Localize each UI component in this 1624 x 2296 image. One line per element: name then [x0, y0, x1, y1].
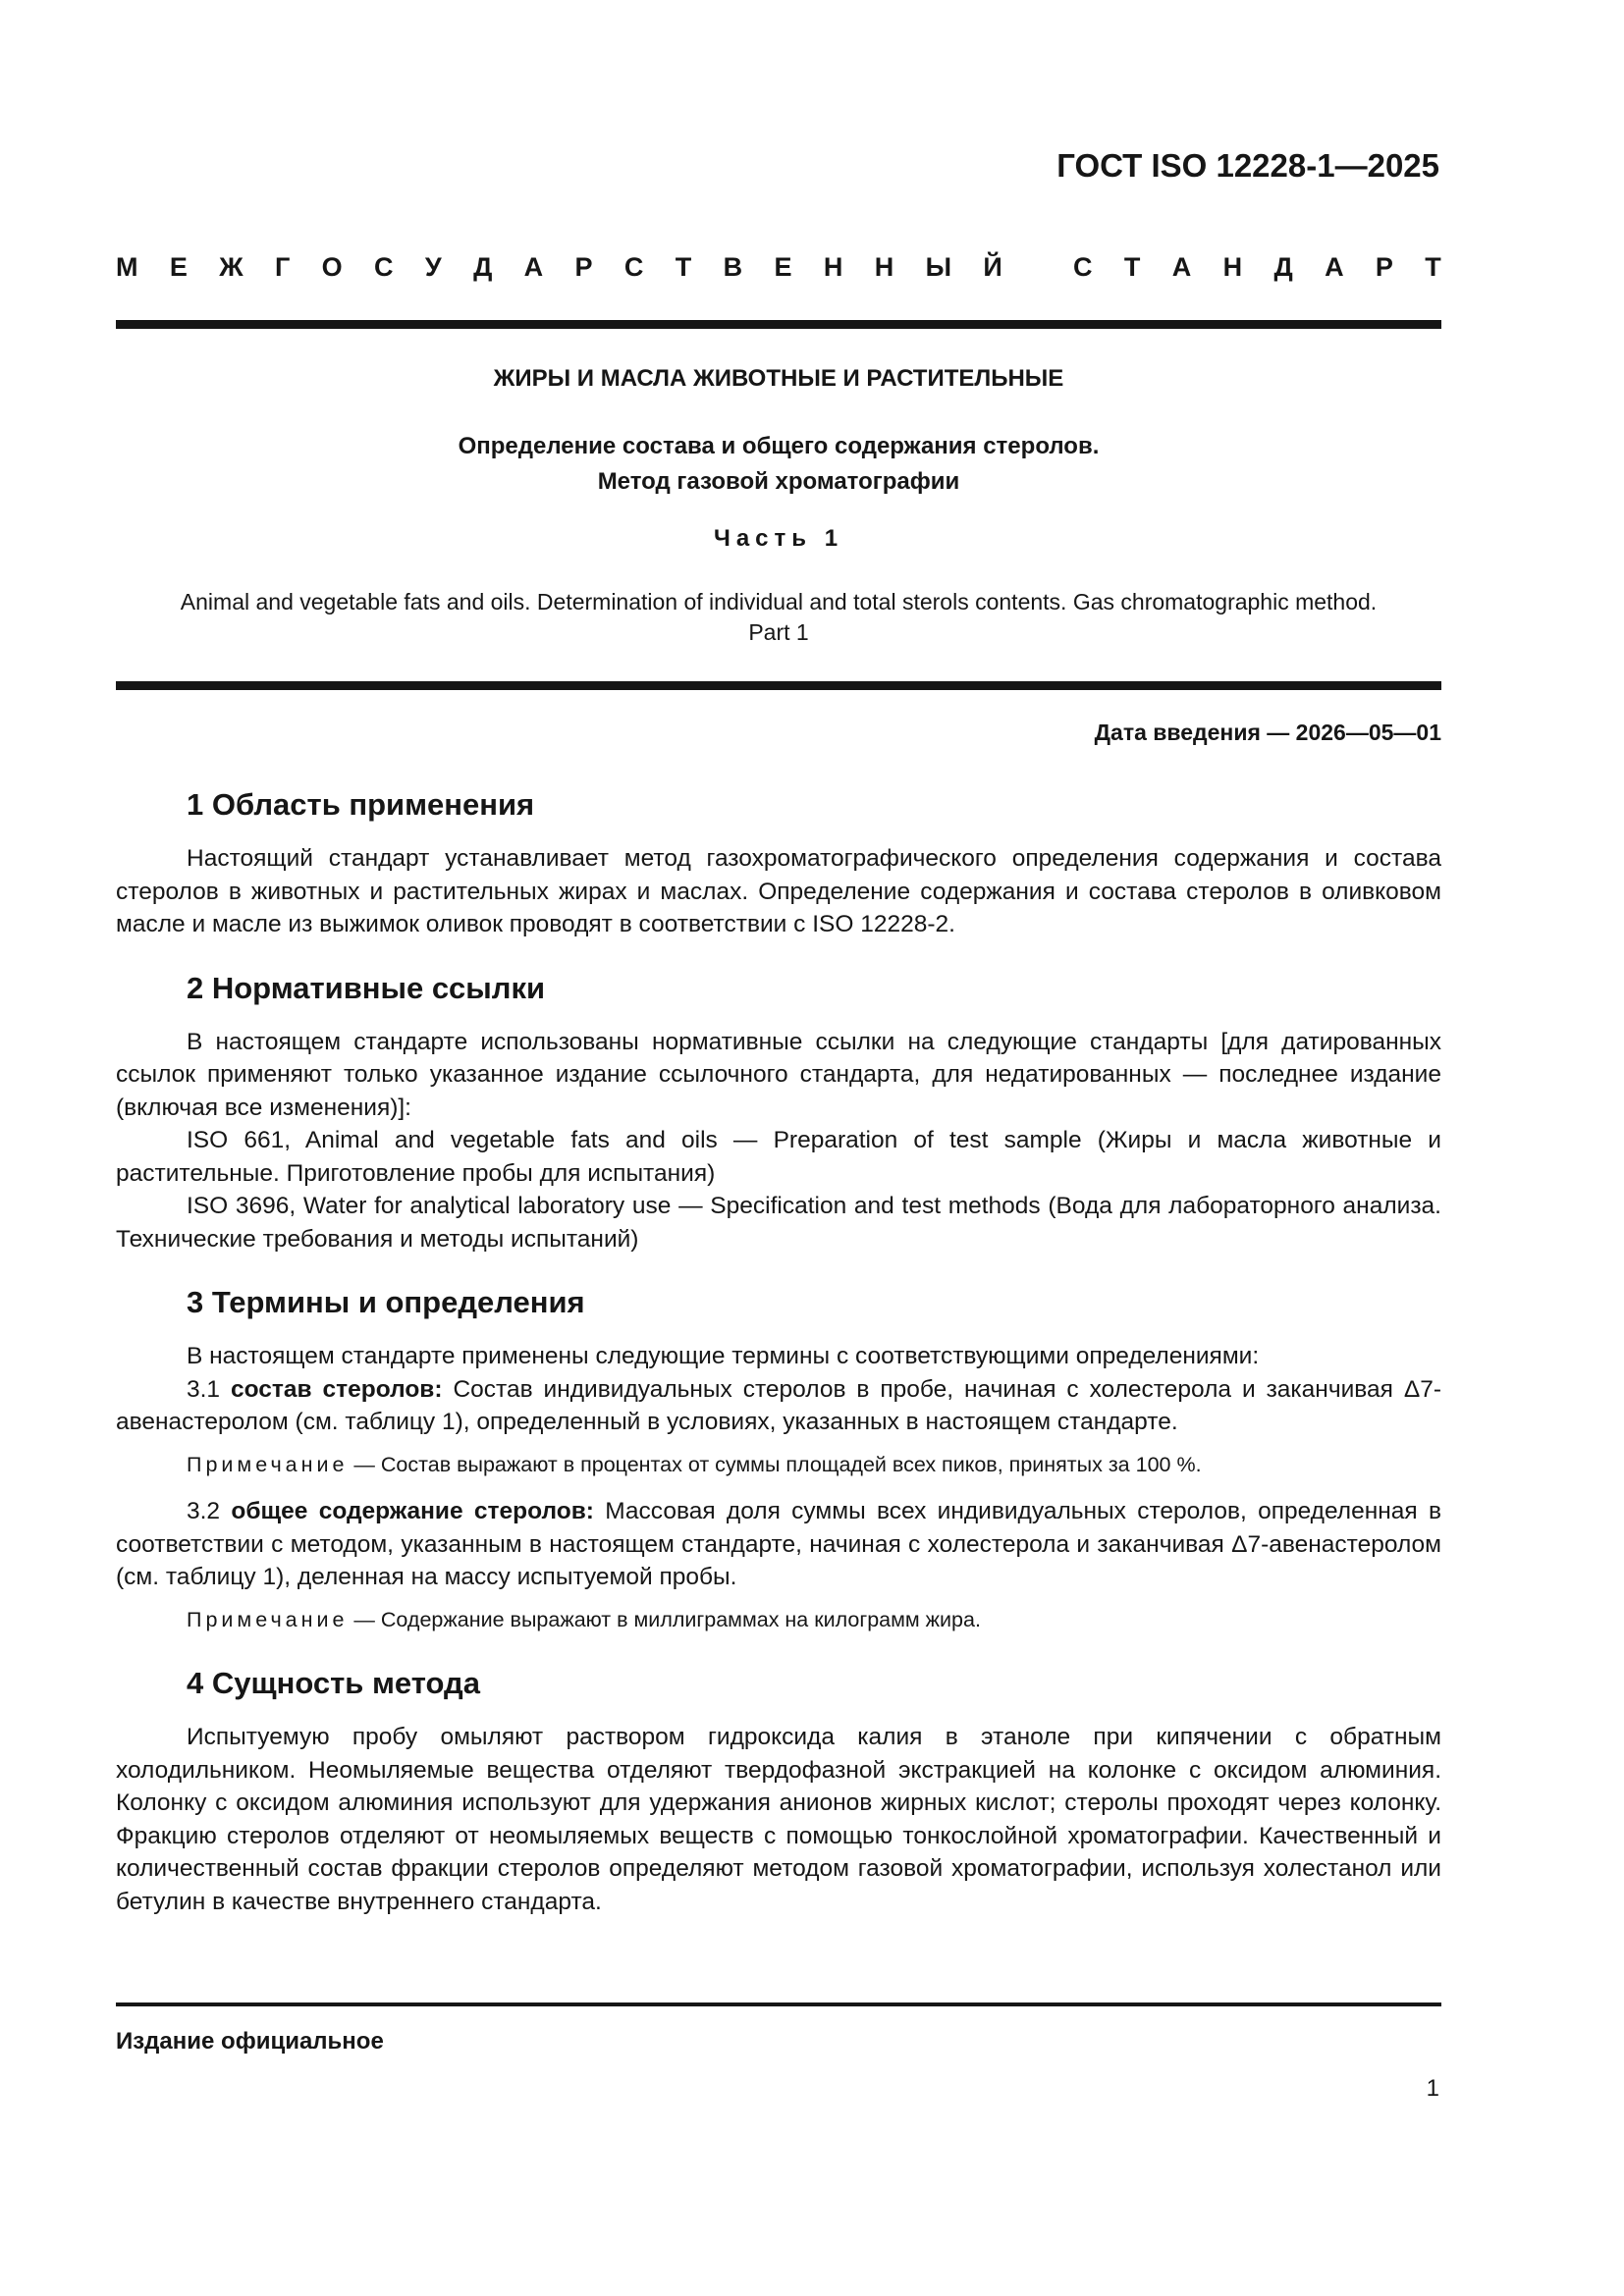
english-title: Animal and vegetable fats and oils. Dete…: [116, 587, 1441, 648]
section-normative-references: 2 Нормативные ссылки В настоящем стандар…: [116, 969, 1441, 1256]
header-letter: Й: [983, 252, 1001, 283]
header-letter: Ж: [219, 252, 243, 283]
header-letter: Т: [1425, 252, 1441, 283]
term-definition: 3.1 состав стеролов: Состав индивидуальн…: [116, 1373, 1441, 1439]
term-name: общее содержание стеролов:: [231, 1498, 594, 1524]
header-letter: С: [374, 252, 394, 283]
part-label: Часть 1: [116, 525, 1441, 553]
standard-designation: ГОСТ ISO 12228-1—2025: [1056, 147, 1439, 185]
header-letter: Н: [824, 252, 843, 283]
paragraph: Испытуемую пробу омыляют раствором гидро…: [116, 1721, 1441, 1918]
official-edition-label: Издание официальное: [116, 2028, 384, 2056]
header-letter: С: [1073, 252, 1093, 283]
header-letter: У: [425, 252, 442, 283]
top-divider: [116, 320, 1441, 329]
document-body: 1 Область применения Настоящий стандарт …: [116, 785, 1441, 1946]
header-letter: Н: [1223, 252, 1243, 283]
reference-item: ISO 3696, Water for analytical laborator…: [116, 1190, 1441, 1255]
header-letter: Р: [575, 252, 593, 283]
term-number: 3.1: [187, 1376, 220, 1403]
term-definition: 3.2 общее содержание стеролов: Массовая …: [116, 1495, 1441, 1594]
term-number: 3.2: [187, 1498, 220, 1524]
english-title-line-1: Animal and vegetable fats and oils. Dete…: [116, 587, 1441, 617]
page-number: 1: [1427, 2075, 1439, 2103]
header-letter: Н: [875, 252, 894, 283]
note-text: — Содержание выражают в миллиграммах на …: [348, 1608, 981, 1631]
header-letter: А: [1172, 252, 1192, 283]
term-name: состав стеролов:: [231, 1376, 443, 1403]
header-letter: С: [624, 252, 644, 283]
note: Примечание — Содержание выражают в милли…: [116, 1604, 1441, 1637]
reference-item: ISO 661, Animal and vegetable fats and o…: [116, 1124, 1441, 1190]
section-heading: 2 Нормативные ссылки: [116, 969, 1441, 1008]
subtitle-line-2: Метод газовой хроматографии: [116, 464, 1441, 500]
header-letter: Т: [1124, 252, 1141, 283]
date-of-introduction: Дата введения — 2026—05—01: [1095, 720, 1441, 746]
section-heading: 4 Сущность метода: [116, 1664, 1441, 1703]
footer-divider: [116, 2002, 1441, 2006]
header-letter: Д: [473, 252, 492, 283]
header-letter: Д: [1273, 252, 1292, 283]
paragraph: В настоящем стандарте применены следующи…: [116, 1340, 1441, 1373]
english-title-line-2: Part 1: [116, 617, 1441, 648]
document-title: ЖИРЫ И МАСЛА ЖИВОТНЫЕ И РАСТИТЕЛЬНЫЕ: [116, 365, 1441, 393]
standard-type-header: МЕЖГОСУДАРСТВЕННЫЙ СТАНДАРТ: [116, 252, 1441, 283]
paragraph: Настоящий стандарт устанавливает метод г…: [116, 842, 1441, 941]
header-letter: Р: [1376, 252, 1393, 283]
header-letter: А: [1325, 252, 1344, 283]
section-terms-definitions: 3 Термины и определения В настоящем стан…: [116, 1283, 1441, 1636]
note-label: Примечание: [187, 1453, 348, 1476]
header-letter: Е: [774, 252, 791, 283]
header-letter: Г: [275, 252, 290, 283]
paragraph: В настоящем стандарте использованы норма…: [116, 1026, 1441, 1125]
header-letter: [1034, 252, 1042, 283]
note-label: Примечание: [187, 1608, 348, 1631]
header-letter: А: [524, 252, 544, 283]
title-divider: [116, 681, 1441, 690]
note: Примечание — Состав выражают в процентах…: [116, 1449, 1441, 1482]
header-letter: Ы: [926, 252, 951, 283]
header-letter: Т: [676, 252, 692, 283]
header-letter: В: [724, 252, 743, 283]
section-heading: 1 Область применения: [116, 785, 1441, 825]
document-subtitle: Определение состава и общего содержания …: [116, 429, 1441, 500]
note-text: — Состав выражают в процентах от суммы п…: [348, 1453, 1201, 1476]
header-letter: О: [322, 252, 343, 283]
header-letter: Е: [170, 252, 188, 283]
section-scope: 1 Область применения Настоящий стандарт …: [116, 785, 1441, 941]
subtitle-line-1: Определение состава и общего содержания …: [116, 429, 1441, 464]
section-heading: 3 Термины и определения: [116, 1283, 1441, 1322]
section-method-principle: 4 Сущность метода Испытуемую пробу омыля…: [116, 1664, 1441, 1918]
header-letter: М: [116, 252, 138, 283]
